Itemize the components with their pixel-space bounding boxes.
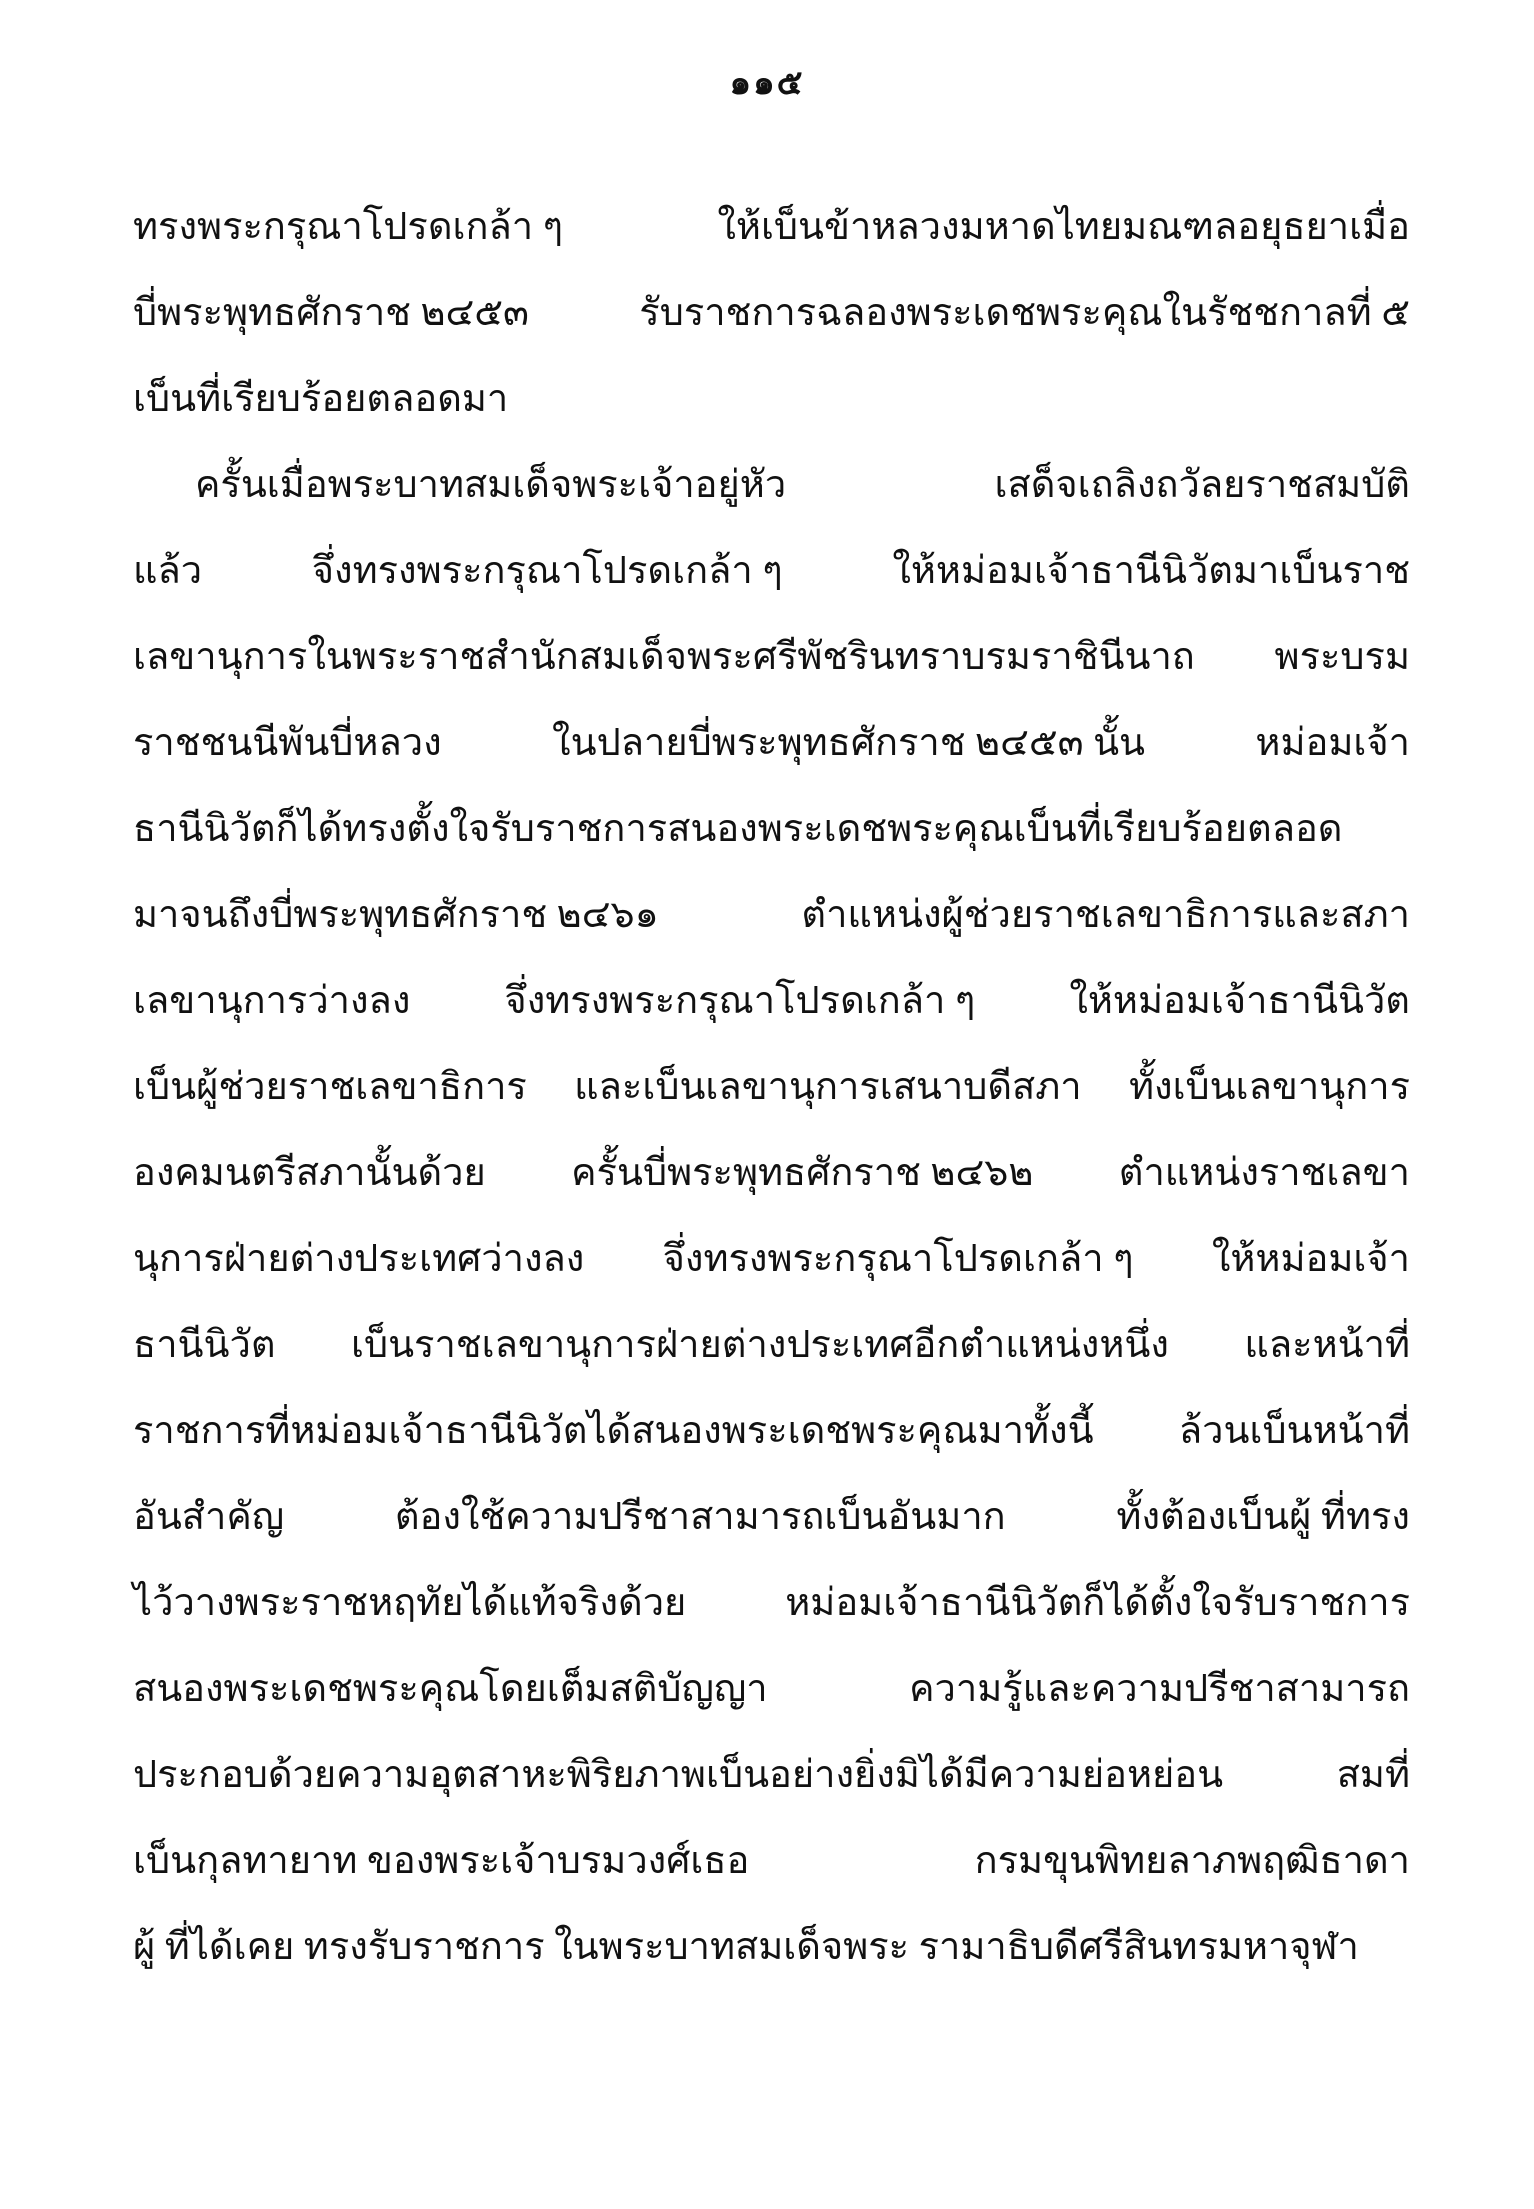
text-segment: ประกอบด้วยความอุตสาหะพิริยภาพเบ็นอย่างยิ… xyxy=(133,1743,1223,1804)
text-segment: ต้องใช้ความปรีชาสามารถเบ็นอันมาก xyxy=(395,1485,1006,1546)
text-segment: นุการฝ่ายต่างประเทศว่างลง xyxy=(133,1227,584,1288)
text-line: ผู้ ที่ได้เคย ทรงรับราชการ ในพระบาทสมเด็… xyxy=(133,1902,1410,1988)
text-line: สนองพระเดชพระคุณโดยเต็มสติบัญญาความรู้แล… xyxy=(133,1644,1410,1730)
text-segment: หม่อมเจ้าธานีนิวัตก็ได้ตั้งใจรับราชการ xyxy=(785,1571,1410,1632)
text-line: อันสำคัญต้องใช้ความปรีชาสามารถเบ็นอันมาก… xyxy=(133,1472,1410,1558)
text-segment: ครั้นเมื่อพระบาทสมเด็จพระเจ้าอยู่หัว xyxy=(195,453,786,514)
text-line: ราชการที่หม่อมเจ้าธานีนิวัตได้สนองพระเดช… xyxy=(133,1386,1410,1472)
text-segment: รับราชการฉลองพระเดชพระคุณในรัชชกาลที่ ๕ xyxy=(639,281,1410,342)
text-segment: สนองพระเดชพระคุณโดยเต็มสติบัญญา xyxy=(133,1657,768,1718)
text-segment: หม่อมเจ้า xyxy=(1255,711,1410,772)
text-line: แล้วจึ่งทรงพระกรุณาโปรดเกล้า ๆให้หม่อมเจ… xyxy=(133,526,1410,612)
text-line: นุการฝ่ายต่างประเทศว่างลงจึ่งทรงพระกรุณา… xyxy=(133,1214,1410,1300)
text-line: ประกอบด้วยความอุตสาหะพิริยภาพเบ็นอย่างยิ… xyxy=(133,1730,1410,1816)
text-segment: ครั้นบี่พระพุทธศักราช ๒๔๖๒ xyxy=(571,1141,1033,1202)
text-segment: พระบรม xyxy=(1275,625,1410,686)
text-line: เบ็นกุลทายาท ของพระเจ้าบรมวงศ์เธอกรมขุนพ… xyxy=(133,1816,1410,1902)
text-line: มาจนถึงบี่พระพุทธศักราช ๒๔๖๑ตำแหน่งผู้ช่… xyxy=(133,870,1410,956)
text-segment: ตำแหน่งราชเลขา xyxy=(1119,1141,1410,1202)
text-line: เลขานุการในพระราชสำนักสมเด็จพระศรีพัชริน… xyxy=(133,612,1410,698)
text-line: ธานีนิวัตก็ได้ทรงตั้งใจรับราชการสนองพระเ… xyxy=(133,784,1410,870)
text-segment: ราชการที่หม่อมเจ้าธานีนิวัตได้สนองพระเดช… xyxy=(133,1399,1094,1460)
text-segment: ธานีนิวัตก็ได้ทรงตั้งใจรับราชการสนองพระเ… xyxy=(133,797,1343,858)
text-segment: ให้เบ็นข้าหลวงมหาดไทยมณฑลอยุธยาเมื่อ xyxy=(717,195,1410,256)
text-segment: ผู้ ที่ได้เคย ทรงรับราชการ ในพระบาทสมเด็… xyxy=(133,1915,1359,1976)
text-line: ทรงพระกรุณาโปรดเกล้า ๆให้เบ็นข้าหลวงมหาด… xyxy=(133,182,1410,268)
text-segment: ล้วนเบ็นหน้าที่ xyxy=(1179,1399,1410,1460)
text-segment: จึ่งทรงพระกรุณาโปรดเกล้า ๆ xyxy=(663,1227,1134,1288)
text-segment: ทั้งต้องเบ็นผู้ ที่ทรง xyxy=(1116,1485,1410,1546)
text-segment: ให้หม่อมเจ้าธานีนิวัตมาเบ็นราช xyxy=(892,539,1410,600)
text-block: ทรงพระกรุณาโปรดเกล้า ๆให้เบ็นข้าหลวงมหาด… xyxy=(133,182,1410,1988)
text-segment: ให้หม่อมเจ้า xyxy=(1212,1227,1410,1288)
text-segment: และเบ็นเลขานุการเสนาบดีสภา xyxy=(574,1055,1081,1116)
text-segment: ทั้งเบ็นเลขานุการ xyxy=(1129,1055,1410,1116)
text-segment: ความรู้และความปรีชาสามารถ xyxy=(909,1657,1410,1718)
text-line: ราชชนนีพันบี่หลวงในปลายบี่พระพุทธศักราช … xyxy=(133,698,1410,784)
text-segment: เบ็นราชเลขานุการฝ่ายต่างประเทศอีกตำแหน่ง… xyxy=(351,1313,1169,1374)
text-line: เบ็นที่เรียบร้อยตลอดมา xyxy=(133,354,1410,440)
text-segment: จึ่งทรงพระกรุณาโปรดเกล้า ๆ xyxy=(312,539,783,600)
text-segment: ให้หม่อมเจ้าธานีนิวัต xyxy=(1069,969,1410,1030)
text-segment: เลขานุการในพระราชสำนักสมเด็จพระศรีพัชริน… xyxy=(133,625,1195,686)
text-segment: องคมนตรีสภานั้นด้วย xyxy=(133,1141,486,1202)
page-number: ๑๑๕ xyxy=(0,62,1534,106)
text-line: ไว้วางพระราชหฤทัยได้แท้จริงด้วยหม่อมเจ้า… xyxy=(133,1558,1410,1644)
text-segment: เสด็จเถลิงถวัลยราชสมบัติ xyxy=(995,453,1410,514)
text-segment: ธานีนิวัต xyxy=(133,1313,276,1374)
text-line: เบ็นผู้ช่วยราชเลขาธิการและเบ็นเลขานุการเ… xyxy=(133,1042,1410,1128)
text-segment: และหน้าที่ xyxy=(1244,1313,1410,1374)
text-segment: เบ็นผู้ช่วยราชเลขาธิการ xyxy=(133,1055,527,1116)
text-line: เลขานุการว่างลงจึ่งทรงพระกรุณาโปรดเกล้า … xyxy=(133,956,1410,1042)
text-line: องคมนตรีสภานั้นด้วยครั้นบี่พระพุทธศักราช… xyxy=(133,1128,1410,1214)
scanned-page: ๑๑๕ ทรงพระกรุณาโปรดเกล้า ๆให้เบ็นข้าหลวง… xyxy=(0,0,1534,2209)
text-line: บี่พระพุทธศักราช ๒๔๕๓รับราชการฉลองพระเดช… xyxy=(133,268,1410,354)
text-line: ครั้นเมื่อพระบาทสมเด็จพระเจ้าอยู่หัวเสด็… xyxy=(133,440,1410,526)
text-segment: ตำแหน่งผู้ช่วยราชเลขาธิการและสภา xyxy=(801,883,1410,944)
text-segment: ทรงพระกรุณาโปรดเกล้า ๆ xyxy=(133,195,563,256)
text-segment: ในปลายบี่พระพุทธศักราช ๒๔๕๓ นั้น xyxy=(552,711,1145,772)
text-segment: อันสำคัญ xyxy=(133,1485,284,1546)
text-segment: แล้ว xyxy=(133,539,202,600)
text-line: ธานีนิวัตเบ็นราชเลขานุการฝ่ายต่างประเทศอ… xyxy=(133,1300,1410,1386)
text-segment: เบ็นที่เรียบร้อยตลอดมา xyxy=(133,367,508,428)
text-segment: จึ่งทรงพระกรุณาโปรดเกล้า ๆ xyxy=(504,969,975,1030)
text-segment: กรมขุนพิทยลาภพฤฒิธาดา xyxy=(975,1829,1410,1890)
text-segment: สมที่ xyxy=(1337,1743,1410,1804)
text-segment: เลขานุการว่างลง xyxy=(133,969,410,1030)
text-segment: เบ็นกุลทายาท ของพระเจ้าบรมวงศ์เธอ xyxy=(133,1829,749,1890)
text-segment: ราชชนนีพันบี่หลวง xyxy=(133,711,442,772)
text-segment: ไว้วางพระราชหฤทัยได้แท้จริงด้วย xyxy=(133,1571,686,1632)
text-segment: บี่พระพุทธศักราช ๒๔๕๓ xyxy=(133,281,529,342)
text-segment: มาจนถึงบี่พระพุทธศักราช ๒๔๖๑ xyxy=(133,883,659,944)
